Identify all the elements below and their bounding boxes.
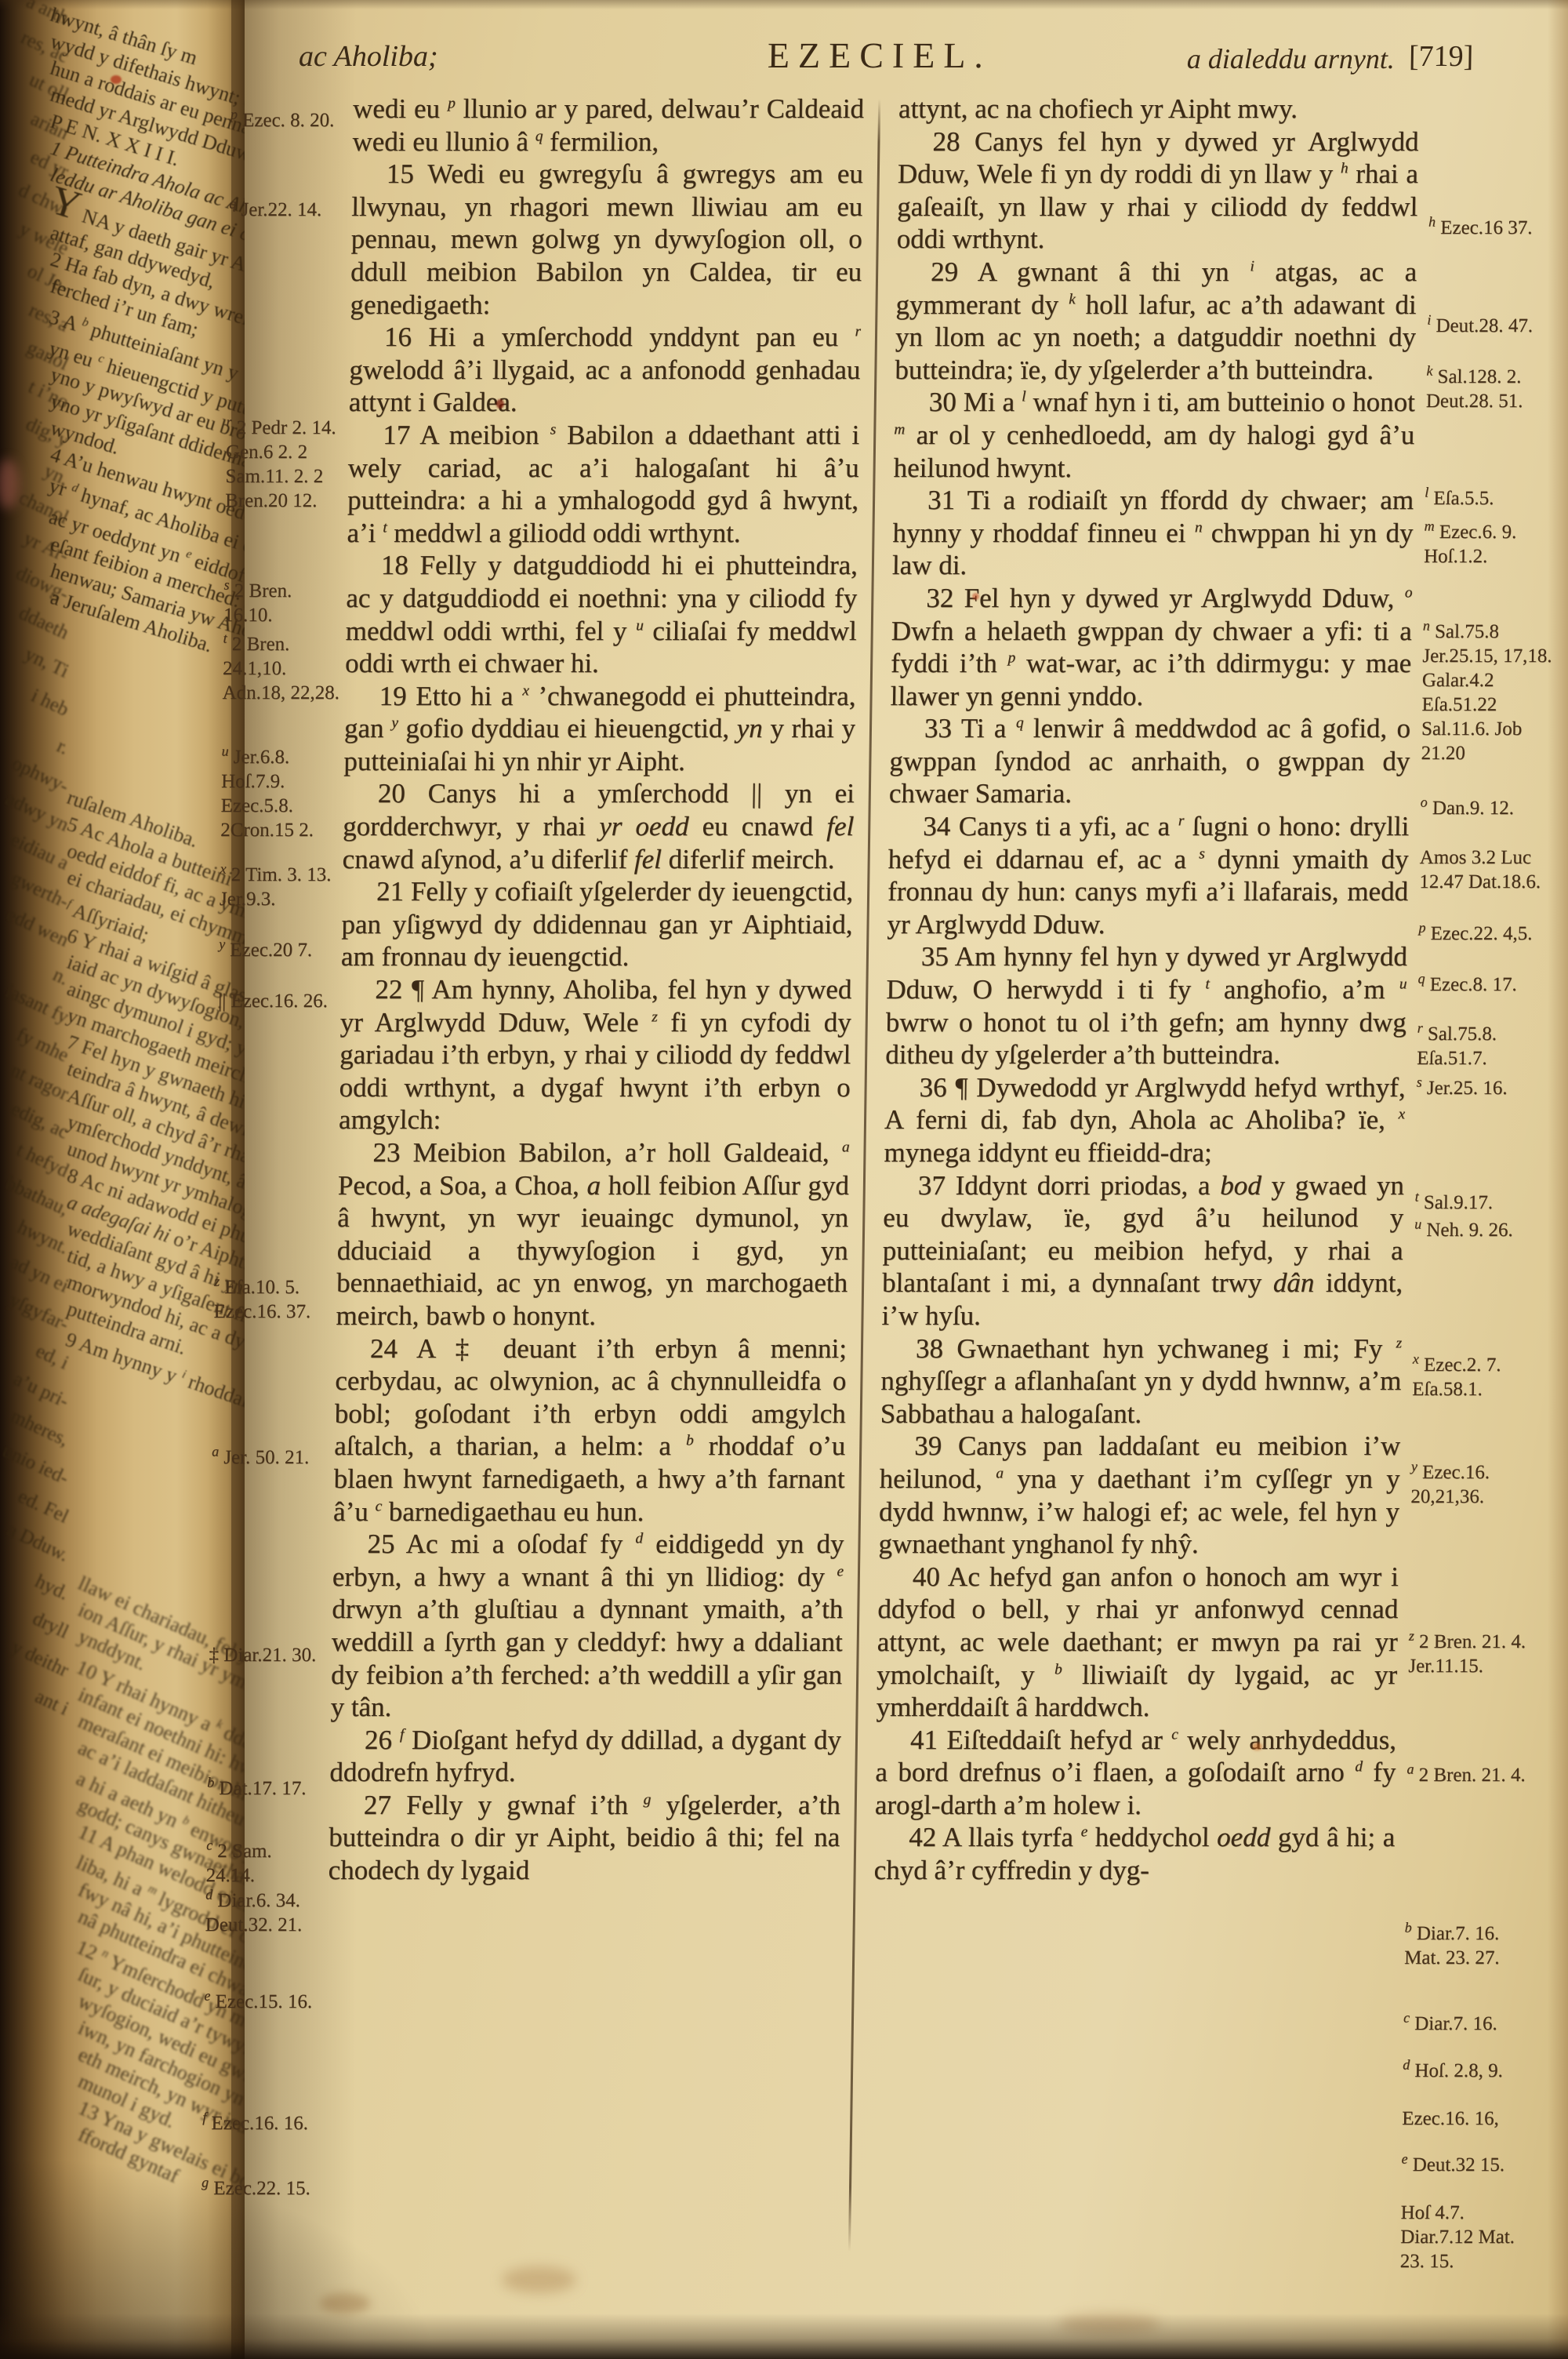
margin-reference-note: k Sal.128. 2. Deut.28. 51. (1426, 365, 1559, 413)
margin-reference-note: p Ezec.22. 4,5. (1418, 921, 1550, 946)
verse-paragraph: 27 Felly y gwnaf i’th g yſgelerder, a’th… (328, 1789, 840, 1887)
margin-reference-note: t Sal.9.17. (1414, 1190, 1546, 1215)
verse-paragraph: wedi eu p llunio ar y pared, delwau’r Ca… (352, 93, 864, 158)
running-head-left: ac Aholiba; (299, 39, 438, 74)
verse-paragraph: 42 A llais tyrfa e heddychol oedd gyd â … (873, 1821, 1395, 1886)
verse-paragraph: 40 Ac hefyd gan anfon o honoch am wyr i … (876, 1561, 1399, 1724)
margin-reference-note: x Ezec.2. 7. Eſa.58.1. (1412, 1353, 1544, 1401)
verse-paragraph: 29 A gwnant â thi yn i atgas, ac a gymme… (895, 256, 1417, 386)
verse-paragraph: 20 Canys hi a ymſerchodd || yn ei gordde… (342, 777, 855, 875)
left-text-column: wedi eu p llunio ar y pared, delwau’r Ca… (324, 93, 865, 2202)
margin-reference-note: h Ezec.16 37. (1428, 216, 1560, 240)
verse-paragraph: 38 Gwnaethant hyn ychwaneg i mi; Fy z ng… (880, 1332, 1403, 1430)
verse-paragraph: 34 Canys ti a yfi, ac a r ſugni o hono: … (887, 810, 1409, 940)
margin-reference-note: b Diar.7. 16. Mat. 23. 27. (1404, 1921, 1537, 1970)
verse-paragraph: 19 Etto hi a x ’chwanegodd ei phutteindr… (343, 680, 856, 778)
verse-paragraph: 28 Canys fel hyn y dywed yr Arglwydd Ddu… (896, 125, 1418, 256)
margin-reference-note: a Jer. 50. 21. (212, 1445, 329, 1470)
margin-reference-note: Hoſ 4.7. Diar.7.12 Mat. 23. 15. (1400, 2201, 1533, 2274)
verse-paragraph: 32 Fel hyn y dywed yr Arglwydd Dduw, o D… (890, 582, 1412, 712)
margin-reference-note: f Ezec.16. 16. (202, 2111, 320, 2135)
verse-paragraph: 18 Felly y datguddiodd hi ei phutteindra… (345, 549, 858, 679)
page-title: EZECIEL. (695, 35, 1065, 76)
margin-reference-note: r 2 Pedr 2. 14. Gen.6 2. 2 Sam.11. 2. 2 … (225, 416, 344, 513)
margin-reference-note: q Ezec.8. 17. (1417, 972, 1549, 997)
verse-paragraph: 25 Ac mi a oſodaf fy d eiddigedd yn dy e… (330, 1528, 844, 1724)
verse-paragraph: 17 A meibion s Babilon a ddaethant atti … (347, 419, 859, 549)
page-content: ac Aholiba; EZECIEL. a dialeddu arnynt. … (0, 0, 1568, 2359)
margin-reference-note: o Dan.9. 12. (1420, 796, 1552, 820)
verse-paragraph: 31 Ti a rodiaiſt yn ffordd dy chwaer; am… (892, 484, 1414, 582)
margin-reference-note: ‡ Diar.21. 30. (209, 1643, 326, 1667)
margin-reference-note: r Sal.75.8. Eſa.51.7. (1417, 1022, 1549, 1070)
margin-reference-note: y Ezec.20 7. (219, 938, 336, 962)
margin-reference-note: c Diar.7. 16. (1403, 2012, 1535, 2036)
verse-paragraph: 37 Iddynt dorri priodas, a bod y gwaed y… (881, 1169, 1404, 1332)
verse-paragraph: 21 Felly y cofiaiſt yſgelerder dy ieueng… (341, 875, 854, 973)
verse-paragraph: 24 A ‡ deuant i’th erbyn â menni; cerbyd… (333, 1332, 847, 1528)
margin-reference-note: e Deut.32 15. (1401, 2153, 1533, 2177)
margin-reference-note: s Jer.25. 16. (1416, 1076, 1548, 1100)
margin-reference-note: e Ezec.15. 16. (204, 1990, 321, 2014)
margin-reference-note: t 2 Bren. 24.1,10. Adn.18, 22,28. (222, 632, 340, 705)
margin-reference-note: y Ezec.16. 20,21,36. (1410, 1460, 1543, 1509)
verse-paragraph: 33 Ti a q lenwir â meddwdod ac â gofid, … (889, 712, 1411, 810)
margin-reference-note: u Jer.6.8. Hoſ.7.9. Ezec.5.8. 2Cron.15 2… (220, 745, 339, 842)
margin-reference-note: q Jer.22. 14. (229, 198, 347, 222)
page-number: [719] (1409, 39, 1474, 74)
verse-paragraph: 39 Canys pan laddaſant eu meibion i’w he… (878, 1430, 1400, 1560)
verse-paragraph: 15 Wedi eu gwregyſu â gwregys am eu llwy… (350, 158, 863, 321)
margin-reference-note: s 2 Bren. 16.10. (223, 579, 342, 627)
margin-reference-note: Ezec.16. 16, (1402, 2106, 1534, 2131)
verse-paragraph: 36 ¶ Dywedodd yr Arglwydd hefyd wrthyf, … (884, 1071, 1406, 1169)
margin-reference-note: x 2 Tim. 3. 13. Jer.9.3. (220, 863, 338, 911)
margin-reference-note: u Neh. 9. 26. (1414, 1218, 1546, 1242)
margin-reference-note: l Eſa.5.5. (1425, 486, 1556, 511)
running-head-right: a dialeddu arnynt. (1112, 42, 1396, 75)
right-text-column: attynt, ac na chofiech yr Aipht mwy.28 C… (869, 93, 1420, 2265)
margin-reference-note: d Diar.6. 34. Deut.32. 21. (205, 1888, 324, 1937)
verse-paragraph: 26 f Dioſgant hefyd dy ddillad, a dygant… (329, 1724, 841, 1789)
margin-reference-note: p Ezec. 8. 20. (230, 108, 348, 133)
verse-paragraph: 35 Am hynny fel hyn y dywed yr Arglwydd … (885, 940, 1407, 1070)
margin-reference-note: b Dat.17. 17. (207, 1776, 325, 1801)
verse-paragraph: attynt, ac na chofiech yr Aipht mwy. (898, 93, 1420, 125)
margin-reference-note: z 2 Bren. 21. 4. Jer.11.15. (1408, 1630, 1541, 1678)
margin-reference-note: n Sal.75.8 Jer.25.15, 17,18. Galar.4.2 E… (1421, 620, 1555, 765)
margin-reference-note: c 2 Sam. 24.14. (205, 1839, 324, 1888)
margin-reference-note: d Hoſ. 2.8, 9. (1403, 2059, 1534, 2083)
margin-reference-note: z Eſa.10. 5. Ezec.16. 37. (213, 1275, 332, 1324)
margin-reference-note: Amos 3.2 Luc 12.47 Dat.18.6. (1419, 845, 1552, 894)
verse-paragraph: 41 Eiſteddaiſt hefyd ar c wely anrhydedd… (875, 1724, 1397, 1822)
verse-paragraph: 23 Meibion Babilon, a’r holl Galdeaid, a… (336, 1136, 849, 1332)
verse-paragraph: 30 Mi a l wnaf hyn i ti, am butteinio o … (893, 386, 1415, 484)
margin-reference-note: g Ezec.22. 15. (201, 2176, 319, 2201)
scanned-bible-page: a arthres, acut ollarianed yrd chwiy wel… (0, 0, 1568, 2359)
margin-reference-note: i Deut.28. 47. (1427, 314, 1559, 338)
verse-paragraph: 16 Hi a ymſerchodd ynddynt pan eu r gwel… (349, 321, 862, 419)
verse-paragraph: 22 ¶ Am hynny, Aholiba, fel hyn y dywed … (339, 973, 852, 1136)
margin-reference-note: a 2 Bren. 21. 4. (1406, 1763, 1538, 1787)
margin-reference-note: m Ezec.6. 9. Hoſ.1.2. (1424, 520, 1556, 569)
margin-reference-note: || Ezec.16. 26. (218, 989, 336, 1013)
